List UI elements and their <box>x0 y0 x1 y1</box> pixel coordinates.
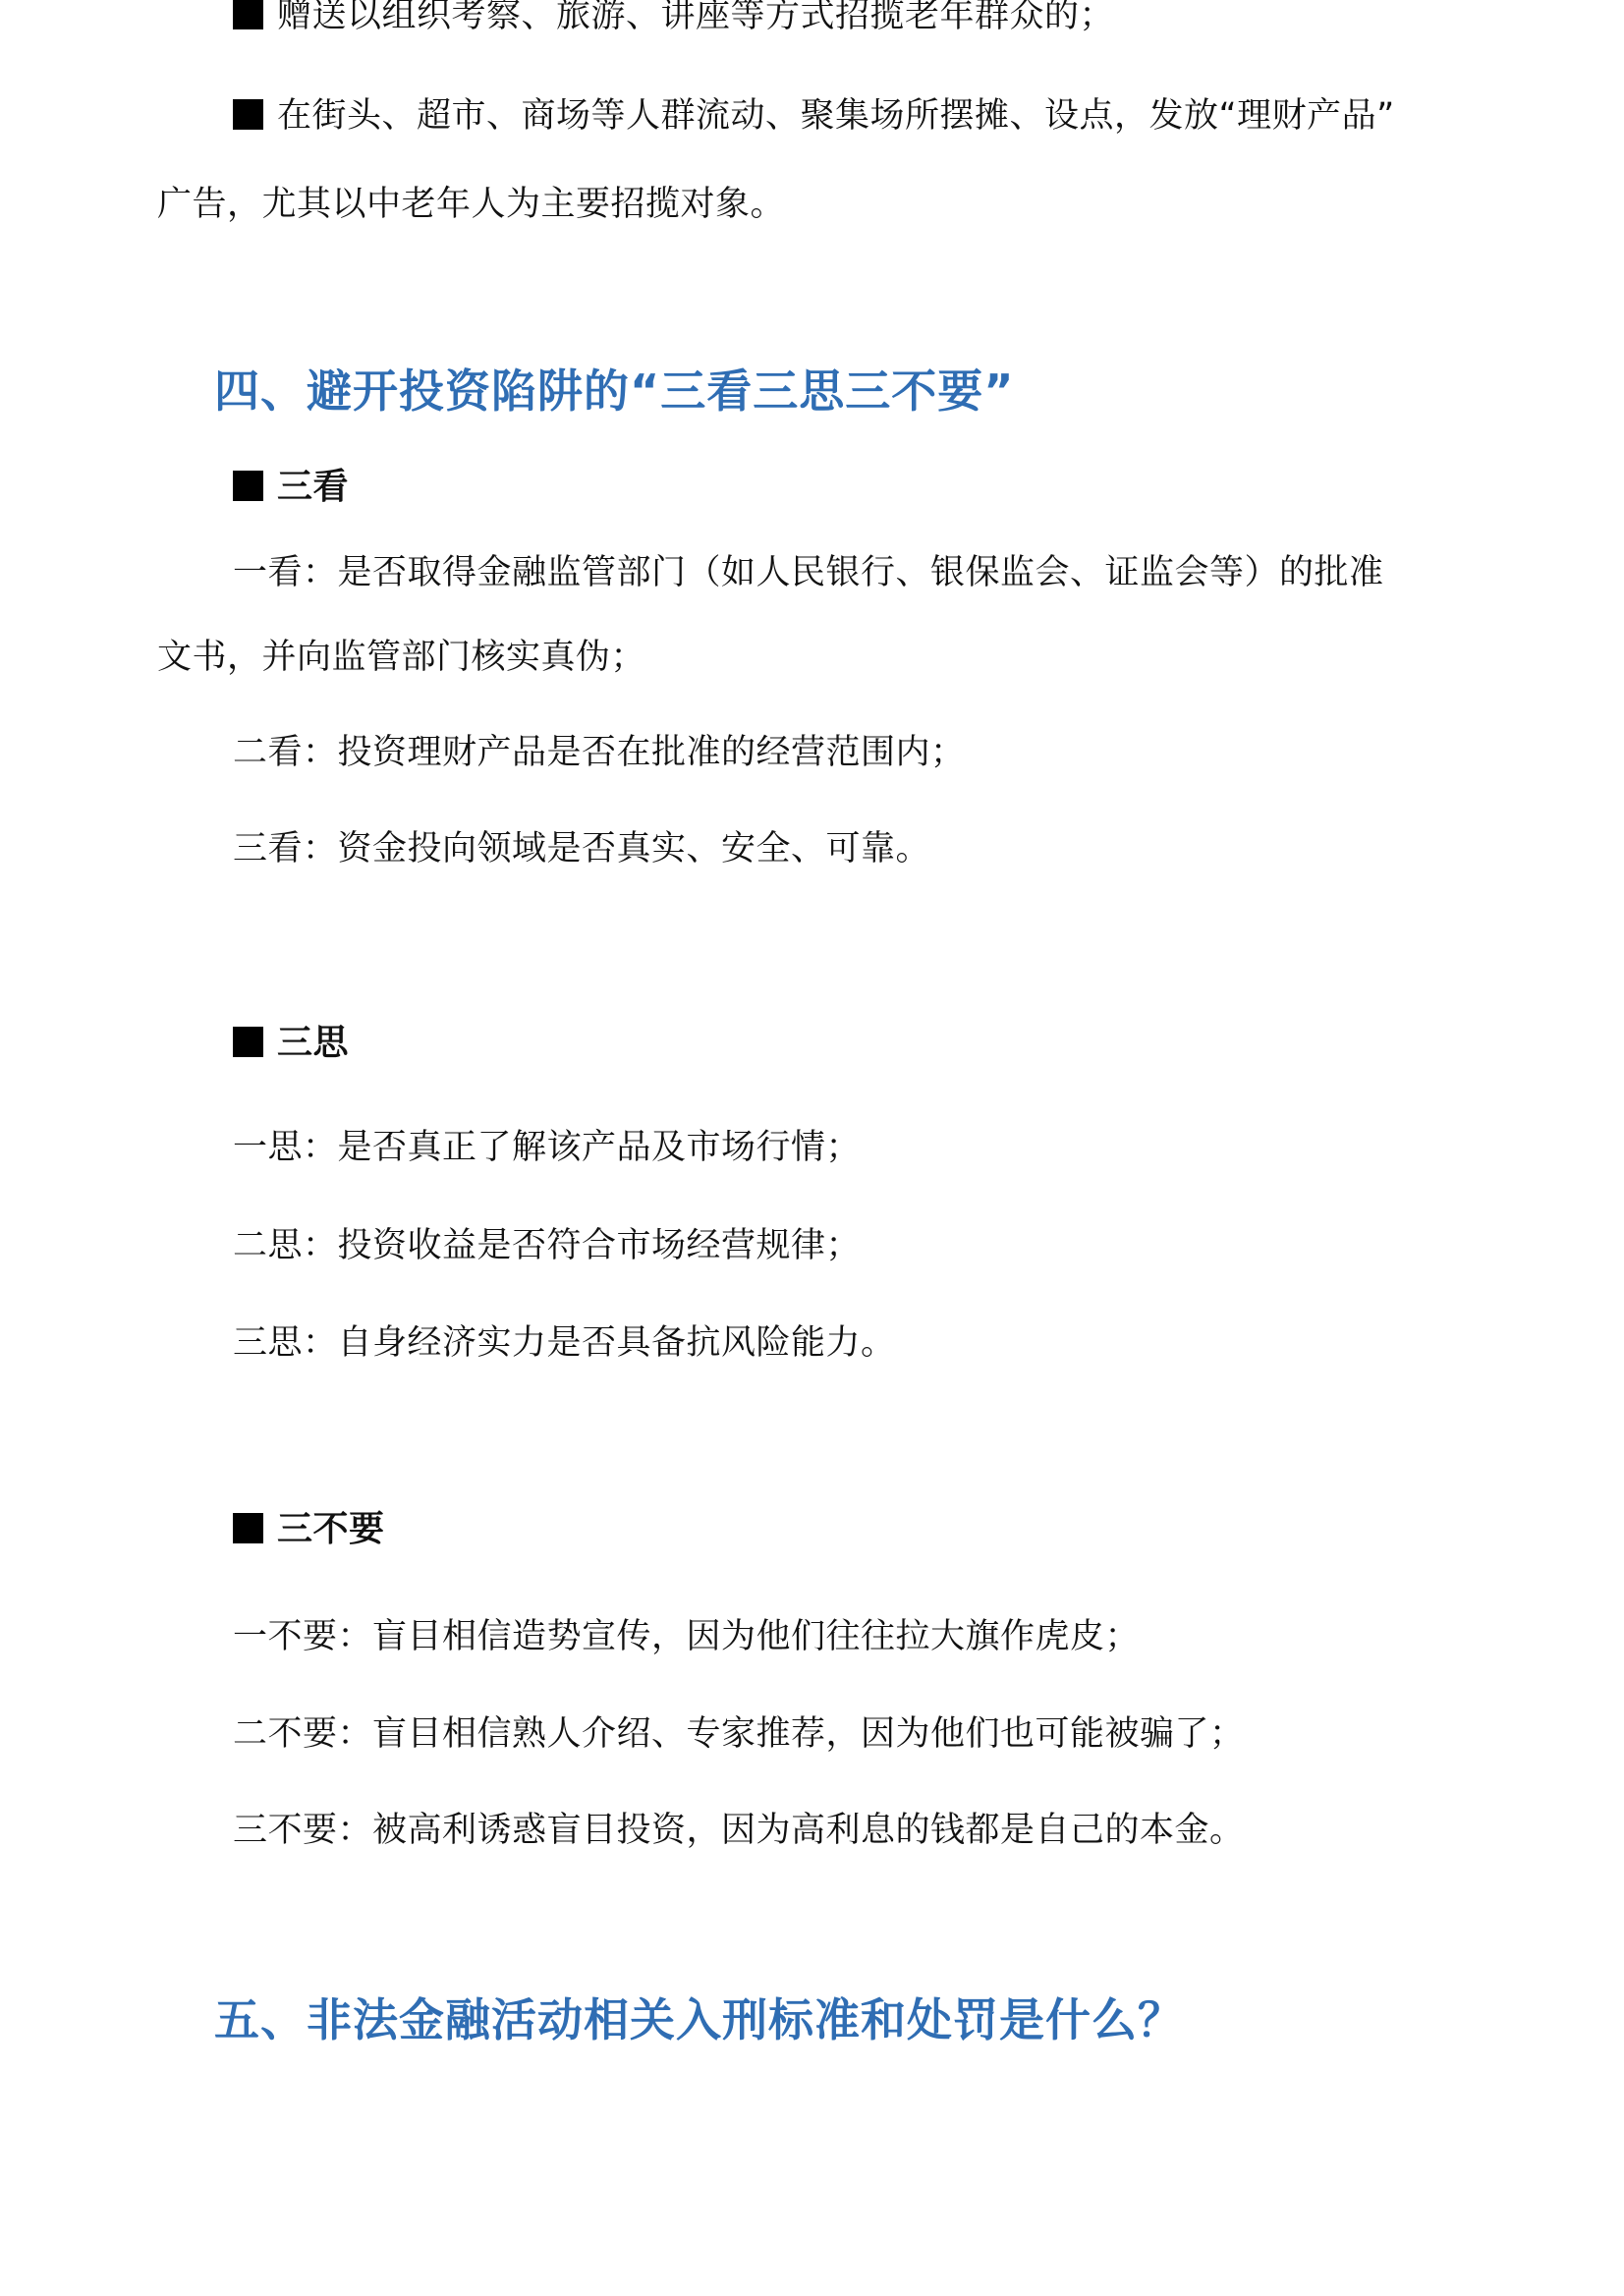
square-bullet-icon <box>233 471 263 501</box>
list-item: 三看：资金投向领域是否真实、安全、可靠。 <box>233 827 930 870</box>
square-bullet-icon <box>233 1513 263 1543</box>
bullet-item: 赠送以组织考察、旅游、讲座等方式招揽老年群众的； <box>233 0 1114 37</box>
list-item: 三不要：被高利诱惑盲目投资，因为高利息的钱都是自己的本金。 <box>233 1809 1245 1852</box>
bullet-item: 在街头、超市、商场等人群流动、聚集场所摆摊、设点，发放“理财产品” <box>233 94 1395 138</box>
square-bullet-icon <box>233 99 263 130</box>
list-item-continuation: 文书，并向监管部门核实真伪； <box>157 636 645 679</box>
list-item: 一看：是否取得金融监管部门（如人民银行、银保监会、证监会等）的批准 <box>233 551 1384 594</box>
section-heading: 五、非法金融活动相关入刑标准和处罚是什么？ <box>214 1992 1184 2047</box>
subsection-title: 三看 <box>233 466 349 509</box>
list-item: 一思：是否真正了解该产品及市场行情； <box>233 1126 861 1169</box>
subsection-title-text: 三看 <box>277 467 349 507</box>
square-bullet-icon <box>233 1027 263 1057</box>
square-bullet-icon <box>233 0 263 29</box>
subsection-title-text: 三思 <box>277 1023 349 1063</box>
bullet-text: 赠送以组织考察、旅游、讲座等方式招揽老年群众的； <box>277 0 1114 35</box>
subsection-title-text: 三不要 <box>277 1509 385 1549</box>
subsection-title: 三不要 <box>233 1508 385 1551</box>
list-item: 一不要：盲目相信造势宣传，因为他们往往拉大旗作虎皮； <box>233 1615 1140 1658</box>
list-item: 三思：自身经济实力是否具备抗风险能力。 <box>233 1321 896 1365</box>
bullet-text: 在街头、超市、商场等人群流动、聚集场所摆摊、设点，发放“理财产品” <box>277 96 1395 136</box>
bullet-continuation: 广告，尤其以中老年人为主要招揽对象。 <box>157 183 785 226</box>
section-heading: 四、避开投资陷阱的“三看三思三不要” <box>214 364 1014 419</box>
list-item: 二看：投资理财产品是否在批准的经营范围内； <box>233 731 966 774</box>
list-item: 二不要：盲目相信熟人介绍、专家推荐，因为他们也可能被骗了； <box>233 1712 1245 1756</box>
subsection-title: 三思 <box>233 1022 349 1065</box>
list-item: 二思：投资收益是否符合市场经营规律； <box>233 1224 861 1267</box>
